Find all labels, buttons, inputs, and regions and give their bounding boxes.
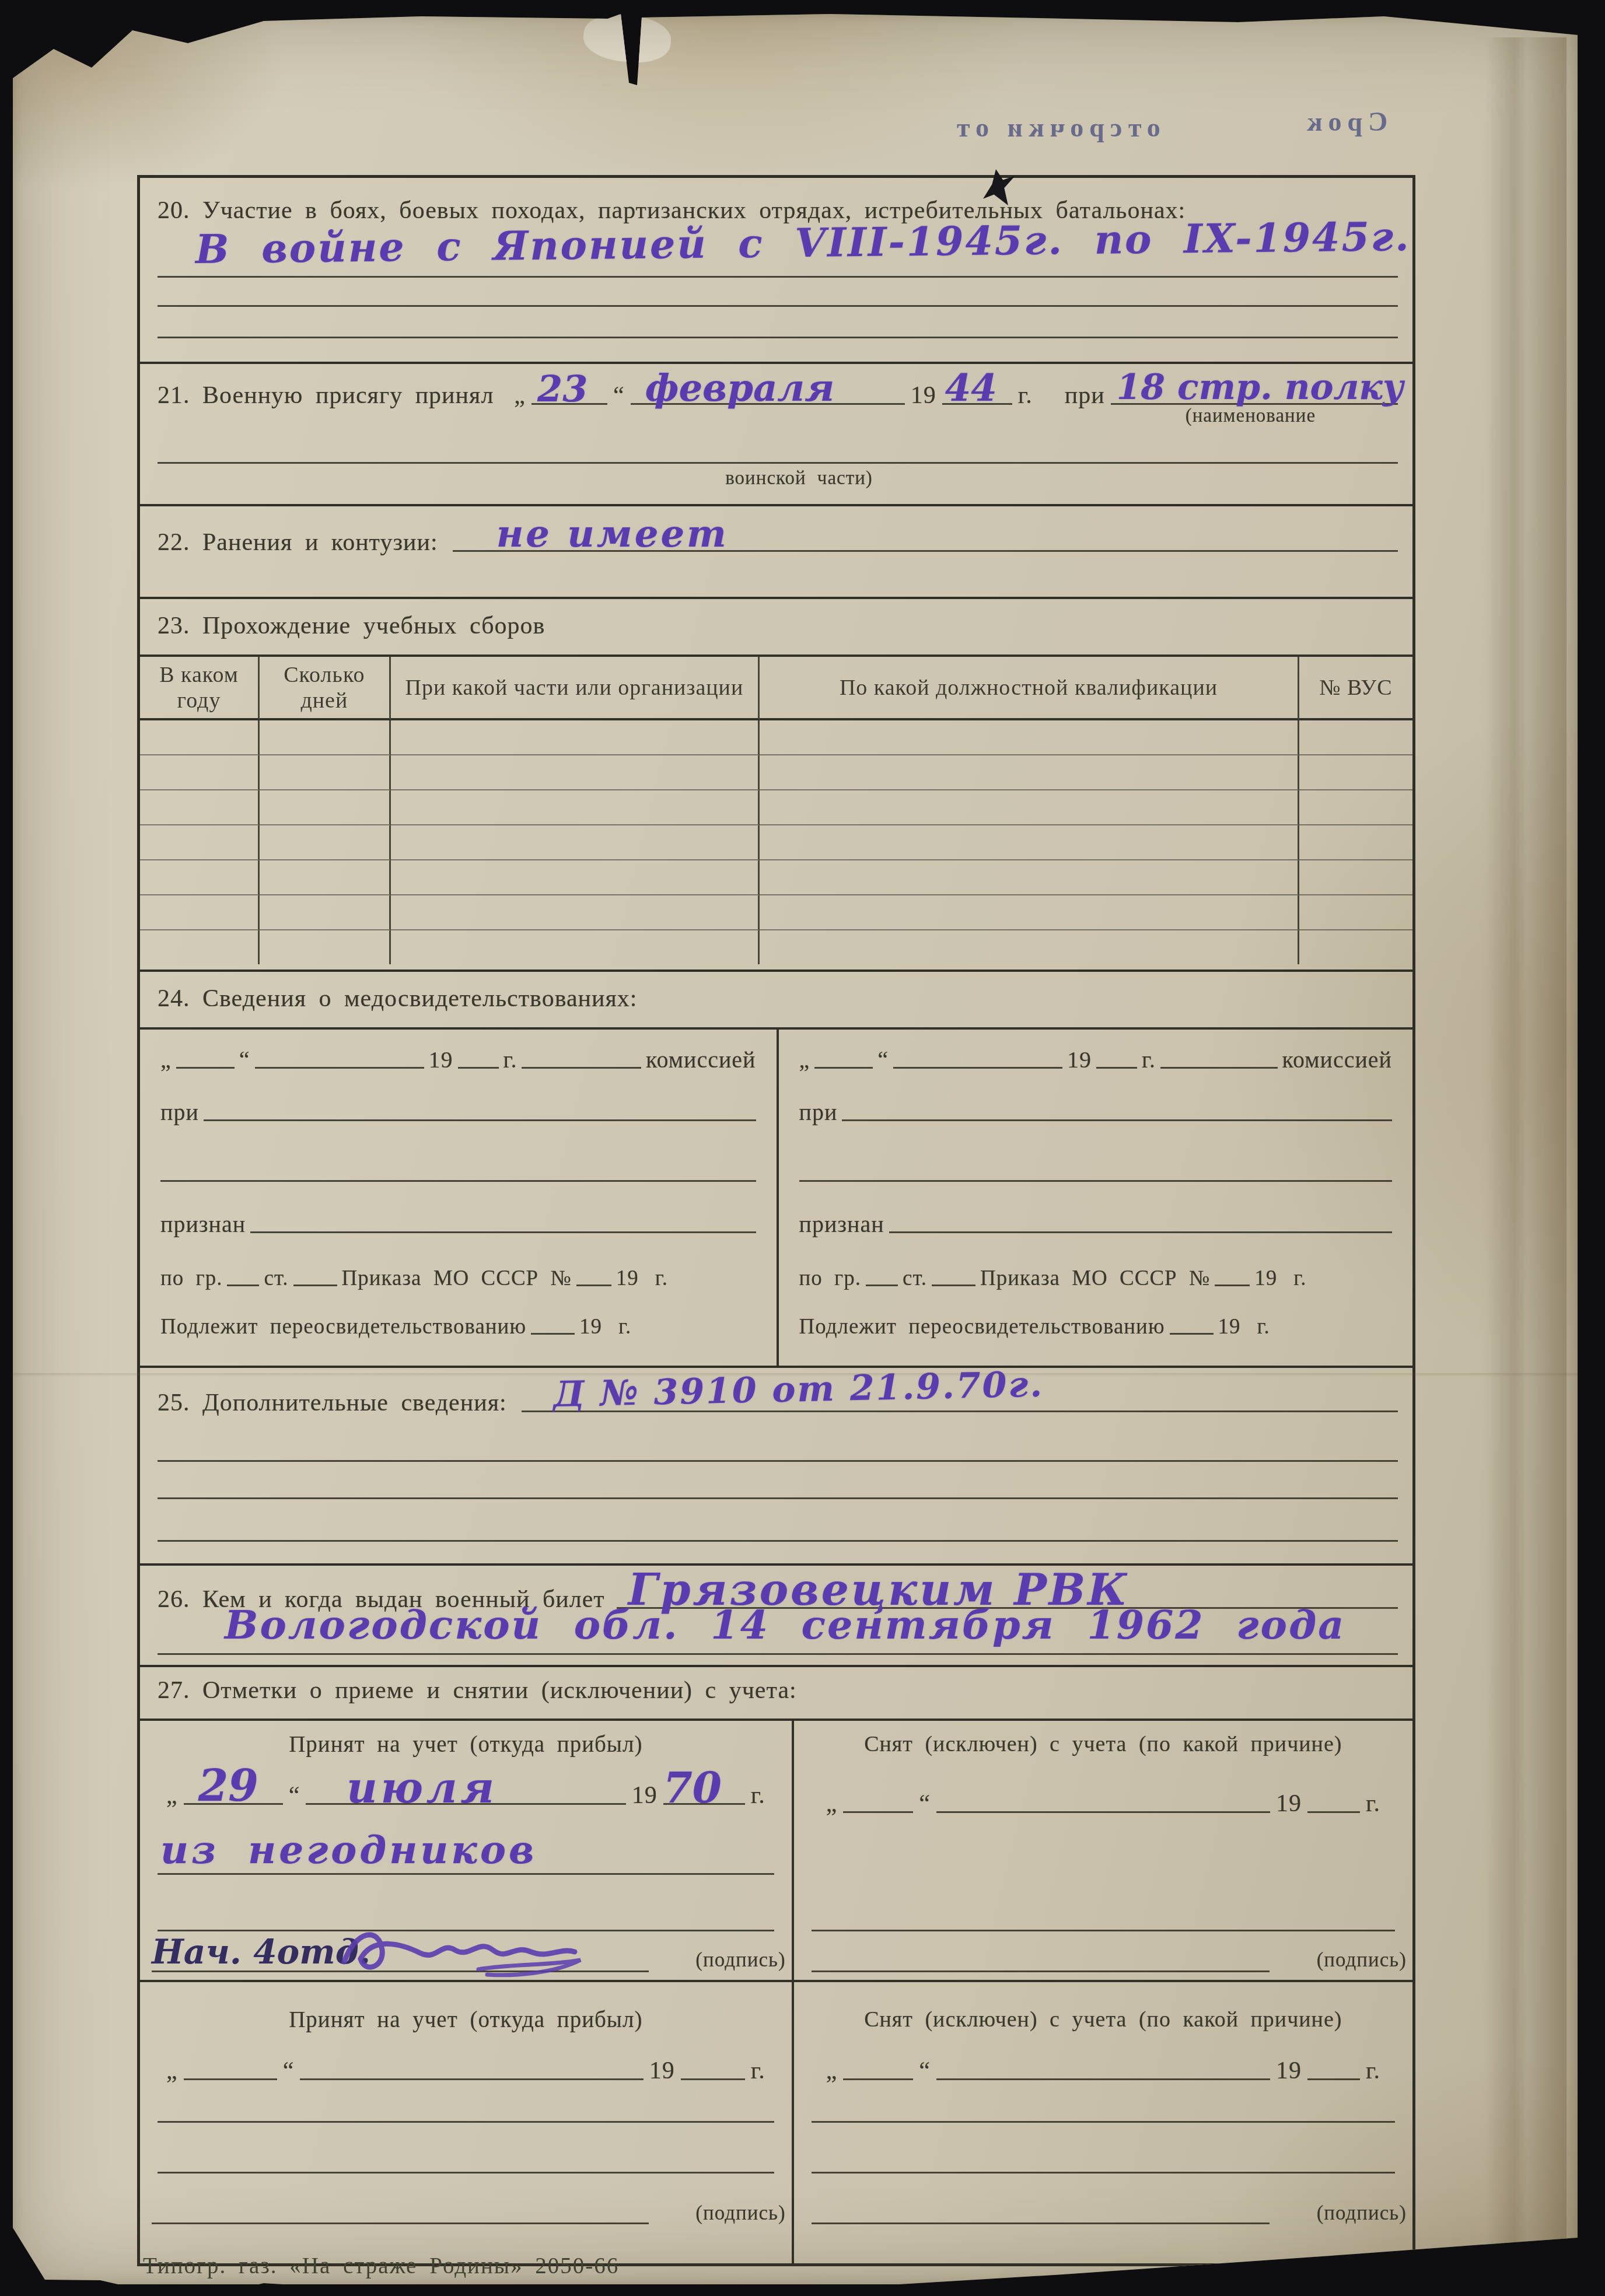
- quote-close: “: [613, 381, 625, 409]
- blank-line: [799, 1180, 1393, 1182]
- signature-line: [812, 2222, 1270, 2224]
- empty-cell: [140, 860, 260, 895]
- day-blank: [843, 2071, 913, 2080]
- month-blank: февраля: [631, 396, 905, 405]
- removed-cell-2: Снят (исключен) с учета (по какой причин…: [792, 1980, 1412, 2263]
- empty-cell: [760, 895, 1299, 930]
- col-header-unit: При какой части или организации: [391, 657, 760, 720]
- priznan-label: признан: [160, 1210, 246, 1238]
- oath-day-handwriting: 23: [537, 367, 588, 410]
- accepted-header: Принят на учет (откуда прибыл): [140, 2007, 792, 2033]
- blank-field: [893, 1060, 1062, 1069]
- paper-crease-right: [1485, 37, 1566, 2243]
- year-blank: 70: [663, 1796, 745, 1805]
- year-suffix: г.: [1366, 1790, 1380, 1818]
- training-table: В каком году Сколько дней При какой част…: [140, 654, 1412, 970]
- month-blank: [936, 2071, 1270, 2080]
- month-blank: июля: [306, 1796, 625, 1805]
- day-blank: 23: [531, 396, 607, 405]
- year-prefix: 19: [911, 381, 936, 409]
- blank-field: [204, 1112, 756, 1121]
- blank-line: [812, 2172, 1395, 2173]
- blank-field: [1170, 1326, 1214, 1335]
- removed-header: Снят (исключен) с учета (по какой причин…: [794, 1731, 1412, 1757]
- removed-header: Снят (исключен) с учета (по какой причин…: [794, 2007, 1412, 2032]
- blank-line: [812, 1930, 1395, 1931]
- blank-field: [1160, 1060, 1278, 1069]
- commission-label: комиссией: [1282, 1046, 1392, 1073]
- year-suffix: г.: [751, 1781, 765, 1810]
- accepted-year-handwriting: 70: [663, 1763, 722, 1812]
- empty-cell: [140, 825, 260, 860]
- accepted-cell-2: Принят на учет (откуда прибыл) „ “ 19 г.…: [140, 1980, 792, 2263]
- blank-field: [1215, 1277, 1250, 1286]
- prikaz-label: Приказа МО СССР №: [980, 1266, 1210, 1291]
- signature-caption: (подпись): [1317, 1948, 1407, 1972]
- empty-cell: [1299, 895, 1412, 930]
- empty-cell: [760, 790, 1299, 825]
- quote-open: „: [160, 1046, 172, 1073]
- empty-cell: [391, 895, 760, 930]
- resurvey-label: Подлежит переосвидетельствованию: [160, 1314, 526, 1339]
- empty-cell: [391, 720, 760, 755]
- blank-field: [889, 1224, 1392, 1233]
- year-prefix: 19: [632, 1781, 658, 1810]
- blank-field: [866, 1277, 898, 1286]
- torn-paper-patch: [581, 10, 673, 66]
- blank-line: [158, 2172, 774, 2173]
- empty-cell: [391, 790, 760, 825]
- year-blank: [1307, 1804, 1360, 1813]
- empty-cell: [1299, 930, 1412, 964]
- empty-cell: [260, 930, 391, 964]
- accepted-header: Принят на учет (откуда прибыл): [140, 1731, 792, 1758]
- quote-close: “: [289, 1781, 300, 1810]
- year-prefix: 19: [579, 1314, 602, 1339]
- blank-line: [812, 2121, 1395, 2123]
- section-22: 22. Ранения и контузии: не имеет: [140, 506, 1412, 599]
- year-blank: [1307, 2071, 1360, 2080]
- year-suffix: г.: [503, 1046, 517, 1073]
- month-blank: [300, 2071, 643, 2080]
- empty-cell: [260, 895, 391, 930]
- quote-close: “: [877, 1046, 889, 1073]
- empty-cell: [260, 790, 391, 825]
- st-label: ст.: [903, 1266, 927, 1291]
- prikaz-label: Приказа МО СССР №: [342, 1266, 572, 1291]
- empty-cell: [391, 860, 760, 895]
- blank-line: [158, 462, 1398, 464]
- med-record-left: „ “ 19 г. комиссией при: [140, 1030, 777, 1366]
- unit-note-bottom: воинской части): [725, 468, 873, 489]
- commission-label: комиссией: [646, 1046, 756, 1073]
- blank-field: [255, 1060, 424, 1069]
- col-header-days: Сколько дней: [260, 657, 391, 720]
- po-gr-label: по гр.: [799, 1266, 861, 1291]
- blank-line: [158, 2121, 774, 2123]
- section-21: 21. Военную присягу принял „ 23 “ феврал…: [140, 364, 1412, 506]
- day-blank: [843, 1804, 913, 1813]
- empty-cell: [140, 720, 260, 755]
- empty-cell: [391, 825, 760, 860]
- unit-handwriting: 18 стр. полку: [1117, 367, 1404, 408]
- resurvey-label: Подлежит переосвидетельствованию: [799, 1314, 1165, 1339]
- signature-line: [152, 2222, 649, 2224]
- section-25: 25. Дополнительные сведения: Д № 3910 от…: [140, 1368, 1412, 1566]
- blank-line: [158, 1653, 1398, 1655]
- notes-blank: Д № 3910 от 21.9.70г.: [522, 1403, 1398, 1412]
- year-blank: [681, 2071, 745, 2080]
- empty-cell: [760, 930, 1299, 964]
- empty-cell: [391, 755, 760, 790]
- blank-line: [158, 337, 1398, 338]
- removed-cell-1: Снят (исключен) с учета (по какой причин…: [792, 1721, 1412, 1980]
- signature-line: [812, 1971, 1270, 1972]
- quote-close: “: [919, 1790, 931, 1818]
- blank-line: [158, 276, 1398, 278]
- year-suffix: г.: [1018, 381, 1033, 409]
- oath-month-handwriting: февраля: [645, 366, 834, 410]
- blank-field: [842, 1112, 1392, 1121]
- form-box: 20. Участие в боях, боевых походах, парт…: [137, 175, 1415, 2266]
- year-suffix: г.: [1366, 2057, 1380, 2085]
- section-23-label: 23. Прохождение учебных сборов: [158, 612, 545, 640]
- blank-line: [158, 1540, 1398, 1542]
- blank-field: [250, 1224, 756, 1233]
- empty-cell: [260, 860, 391, 895]
- quote-close: “: [239, 1046, 250, 1073]
- col-header-qualification: По какой должностной квалификации: [760, 657, 1299, 720]
- blank-line: [158, 1497, 1398, 1499]
- month-blank: [936, 1804, 1270, 1813]
- col-header-year: В каком году: [140, 657, 260, 720]
- mirrored-stamp-text: отсрочки от: [951, 112, 1160, 143]
- blank-field: [932, 1277, 975, 1286]
- accepted-month-handwriting: июля: [347, 1763, 497, 1812]
- empty-cell: [1299, 720, 1412, 755]
- year-prefix: 19: [649, 2057, 675, 2085]
- year-prefix: 19: [1254, 1266, 1277, 1291]
- quote-open: „: [514, 381, 526, 409]
- empty-cell: [760, 825, 1299, 860]
- empty-cell: [760, 720, 1299, 755]
- blank-line: [160, 1180, 756, 1182]
- quote-close: “: [919, 2057, 931, 2085]
- section-22-label: 22. Ранения и контузии:: [158, 528, 438, 556]
- section-27-label: 27. Отметки о приеме и снятии (исключени…: [158, 1676, 797, 1704]
- quote-open: „: [799, 1046, 810, 1073]
- year-prefix: 19: [1218, 1314, 1241, 1339]
- section-20: 20. Участие в боях, боевых походах, парт…: [140, 178, 1412, 364]
- section-24-label: 24. Сведения о медосвидетельствованиях:: [158, 985, 638, 1013]
- mirrored-stamp-text: Срок: [1301, 106, 1387, 137]
- accepted-origin-handwriting: из негодников: [160, 1827, 537, 1873]
- unit-note-top: (наименование: [1186, 405, 1316, 427]
- quote-close: “: [283, 2057, 295, 2085]
- signature-caption: (подпись): [1317, 2201, 1407, 2225]
- unit-blank: 18 стр. полку (наименование: [1111, 396, 1398, 405]
- year-prefix: 19: [1276, 2057, 1302, 2085]
- blank-field: [1096, 1060, 1137, 1069]
- year-prefix: 19: [429, 1046, 453, 1073]
- empty-cell: [140, 790, 260, 825]
- signature-caption: (подпись): [695, 2201, 785, 2225]
- empty-cell: [140, 930, 260, 964]
- section-25-label: 25. Дополнительные сведения:: [158, 1389, 507, 1417]
- blank-field: [576, 1277, 611, 1286]
- blank-field: [458, 1060, 499, 1069]
- empty-cell: [760, 860, 1299, 895]
- col-header-vus: № ВУС: [1299, 657, 1412, 720]
- accepted-cell-1: Принят на учет (откуда прибыл) „ 29 “ ию…: [140, 1721, 792, 1980]
- year-prefix: 19: [1067, 1046, 1092, 1073]
- paper-crease-horizontal: [13, 1373, 1578, 1377]
- pri-label: при: [1065, 381, 1105, 409]
- year-suffix: г.: [1257, 1314, 1270, 1339]
- empty-cell: [140, 755, 260, 790]
- blank-field: [176, 1060, 235, 1069]
- quote-open: „: [826, 1790, 838, 1818]
- st-label: ст.: [264, 1266, 288, 1291]
- year-suffix: г.: [655, 1266, 668, 1291]
- signature-title-handwriting: Нач. 4отд.: [152, 1932, 370, 1972]
- day-blank: 29: [184, 1796, 283, 1805]
- print-house-imprint: Типогр. газ. «На страже Родины» 2050-66: [143, 2253, 619, 2279]
- blank-field: [293, 1277, 337, 1286]
- section-24: 24. Сведения о медосвидетельствованиях: …: [140, 972, 1412, 1368]
- blank-field: [531, 1326, 575, 1335]
- empty-cell: [260, 825, 391, 860]
- year-prefix: 19: [1276, 1790, 1302, 1818]
- empty-cell: [1299, 825, 1412, 860]
- section-27: 27. Отметки о приеме и снятии (исключени…: [140, 1667, 1412, 2263]
- scanned-military-card-page: { "stamp": { "mirrored_left": "отсрочки …: [0, 0, 1605, 2296]
- section-21-label: 21. Военную присягу принял: [158, 381, 494, 409]
- blank-line: [158, 1873, 774, 1875]
- empty-cell: [760, 755, 1299, 790]
- quote-open: „: [166, 1781, 178, 1810]
- year-suffix: г.: [1293, 1266, 1306, 1291]
- scanned-paper: отсрочки от Срок 20. Участие в боях, бое…: [13, 14, 1578, 2284]
- year-suffix: г.: [751, 2057, 765, 2085]
- blank-field: [522, 1060, 641, 1069]
- section-23: 23. Прохождение учебных сборов В каком г…: [140, 599, 1412, 972]
- notes-handwriting: Д № 3910 от 21.9.70г.: [553, 1364, 1044, 1415]
- empty-cell: [140, 895, 260, 930]
- issuer-handwriting-line2: Вологодской обл. 14 сентября 1962 года: [225, 1602, 1345, 1648]
- blank-line: [158, 1460, 1398, 1462]
- year-prefix: 19: [616, 1266, 639, 1291]
- priznan-label: признан: [799, 1210, 884, 1238]
- blank-field: [814, 1060, 873, 1069]
- med-record-right: „ “ 19 г. комиссией при: [777, 1030, 1413, 1366]
- quote-open: „: [826, 2057, 838, 2085]
- empty-cell: [260, 720, 391, 755]
- empty-cell: [1299, 860, 1412, 895]
- signature-stroke: [338, 1918, 613, 1982]
- signature-caption: (подпись): [695, 1948, 785, 1972]
- pri-label: при: [160, 1098, 199, 1126]
- year-suffix: г.: [618, 1314, 631, 1339]
- quote-open: „: [166, 2057, 178, 2085]
- empty-cell: [1299, 790, 1412, 825]
- year-suffix: г.: [1142, 1046, 1156, 1073]
- day-blank: [184, 2071, 277, 2080]
- year-blank: 44: [942, 396, 1012, 405]
- wounds-handwriting: не имеет: [496, 512, 729, 556]
- registration-grid: Принят на учет (откуда прибыл) „ 29 “ ию…: [140, 1718, 1412, 2263]
- empty-cell: [1299, 755, 1412, 790]
- empty-cell: [391, 930, 760, 964]
- accepted-day-handwriting: 29: [198, 1761, 258, 1811]
- pri-label: при: [799, 1098, 838, 1126]
- po-gr-label: по гр.: [160, 1266, 222, 1291]
- medical-columns: „ “ 19 г. комиссией при: [140, 1027, 1412, 1366]
- wounds-blank: не имеет: [453, 543, 1398, 552]
- oath-year-handwriting: 44: [945, 366, 997, 410]
- blank-line: [158, 305, 1398, 307]
- blank-field: [227, 1277, 259, 1286]
- section-26: 26. Кем и когда выдан военный билет Гряз…: [140, 1566, 1412, 1667]
- empty-cell: [260, 755, 391, 790]
